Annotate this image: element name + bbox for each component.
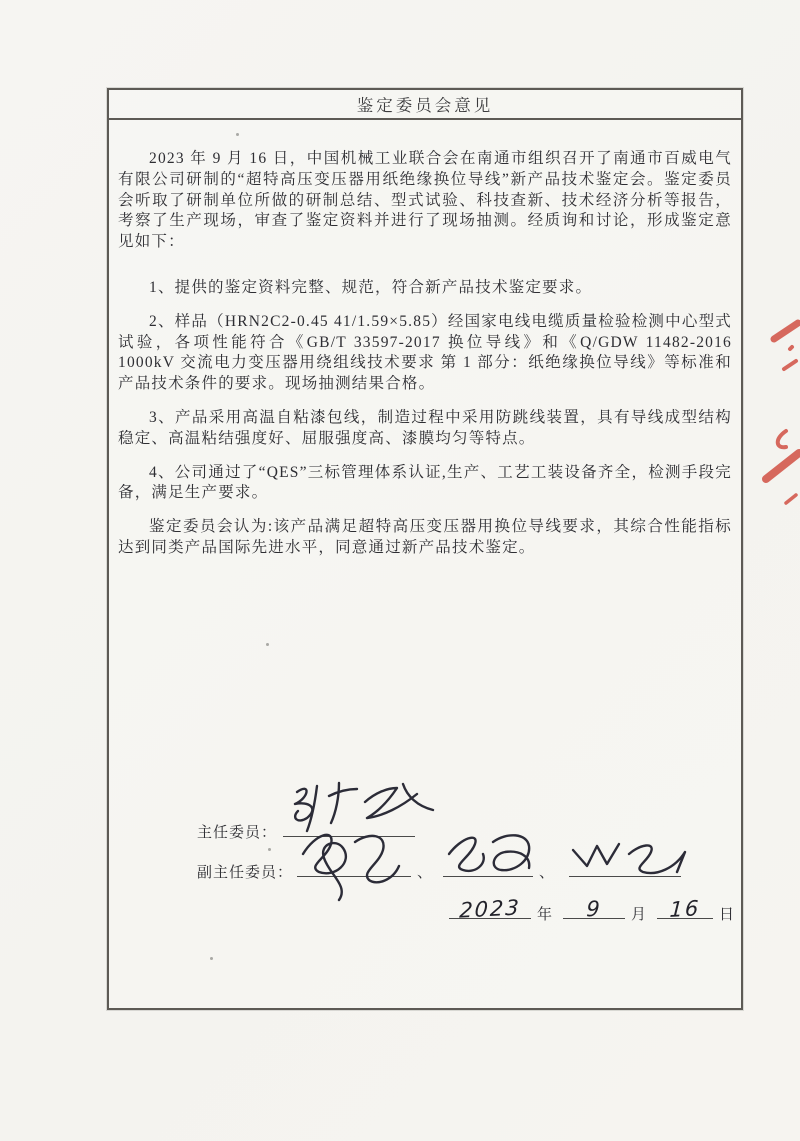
opinion-table: 鉴定委员会意见 2023 年 9 月 16 日，中国机械工业联合会在南通市组织召…	[107, 88, 743, 1010]
chair-signature-line	[283, 820, 415, 837]
date-day-suffix: 日	[719, 903, 735, 924]
red-stamp-fragment	[754, 295, 800, 535]
paragraph-conclusion: 鉴定委员会认为:该产品满足超特高压变压器用换位导线要求，其综合性能指标达到同类产…	[118, 517, 732, 559]
vice-chair-signature-line-2	[443, 860, 533, 877]
date-month-suffix: 月	[631, 903, 647, 924]
scan-speck	[266, 643, 269, 646]
paragraph-intro: 2023 年 9 月 16 日，中国机械工业联合会在南通市组织召开了南通市百威电…	[118, 149, 732, 253]
chair-label: 主任委员：	[197, 821, 277, 842]
vice-chair-label: 副主任委员：	[197, 861, 293, 882]
vice-chair-signature-row: 副主任委员： 、 、	[197, 860, 681, 882]
chair-signature-row: 主任委员：	[197, 820, 415, 842]
paragraph-item-4: 4、公司通过了“QES”三标管理体系认证,生产、工艺工装设备齐全，检测手段完备，…	[118, 463, 732, 505]
scan-speck	[236, 133, 239, 136]
signature-separator-1: 、	[417, 861, 433, 882]
date-month-line: 9	[563, 902, 625, 919]
paragraph-item-2: 2、样品（HRN2C2-0.45 41/1.59×5.85）经国家电线电缆质量检…	[118, 312, 732, 395]
vice-chair-signature-line-1	[297, 860, 411, 877]
signature-separator-2: 、	[539, 861, 555, 882]
date-day-handwritten: 16	[656, 895, 713, 922]
date-row: 2023 年 9 月 16 日	[449, 902, 737, 924]
scanned-appraisal-document: 鉴定委员会意见 2023 年 9 月 16 日，中国机械工业联合会在南通市组织召…	[0, 0, 800, 1141]
paragraph-item-3: 3、产品采用高温自粘漆包线，制造过程中采用防跳线装置，具有导线成型结构稳定、高温…	[118, 408, 732, 450]
scan-speck	[210, 957, 213, 960]
paragraph-item-1: 1、提供的鉴定资料完整、规范，符合新产品技术鉴定要求。	[118, 278, 732, 299]
vice-chair-signature-line-3	[569, 860, 681, 877]
date-day-line: 16	[657, 902, 713, 919]
date-year-handwritten: 2023	[448, 895, 531, 923]
table-title-row: 鉴定委员会意见	[109, 90, 741, 120]
date-year-suffix: 年	[537, 903, 553, 924]
date-year-line: 2023	[449, 902, 531, 919]
scan-speck	[268, 848, 271, 851]
date-month-handwritten: 9	[562, 895, 625, 922]
page-title: 鉴定委员会意见	[357, 92, 494, 116]
